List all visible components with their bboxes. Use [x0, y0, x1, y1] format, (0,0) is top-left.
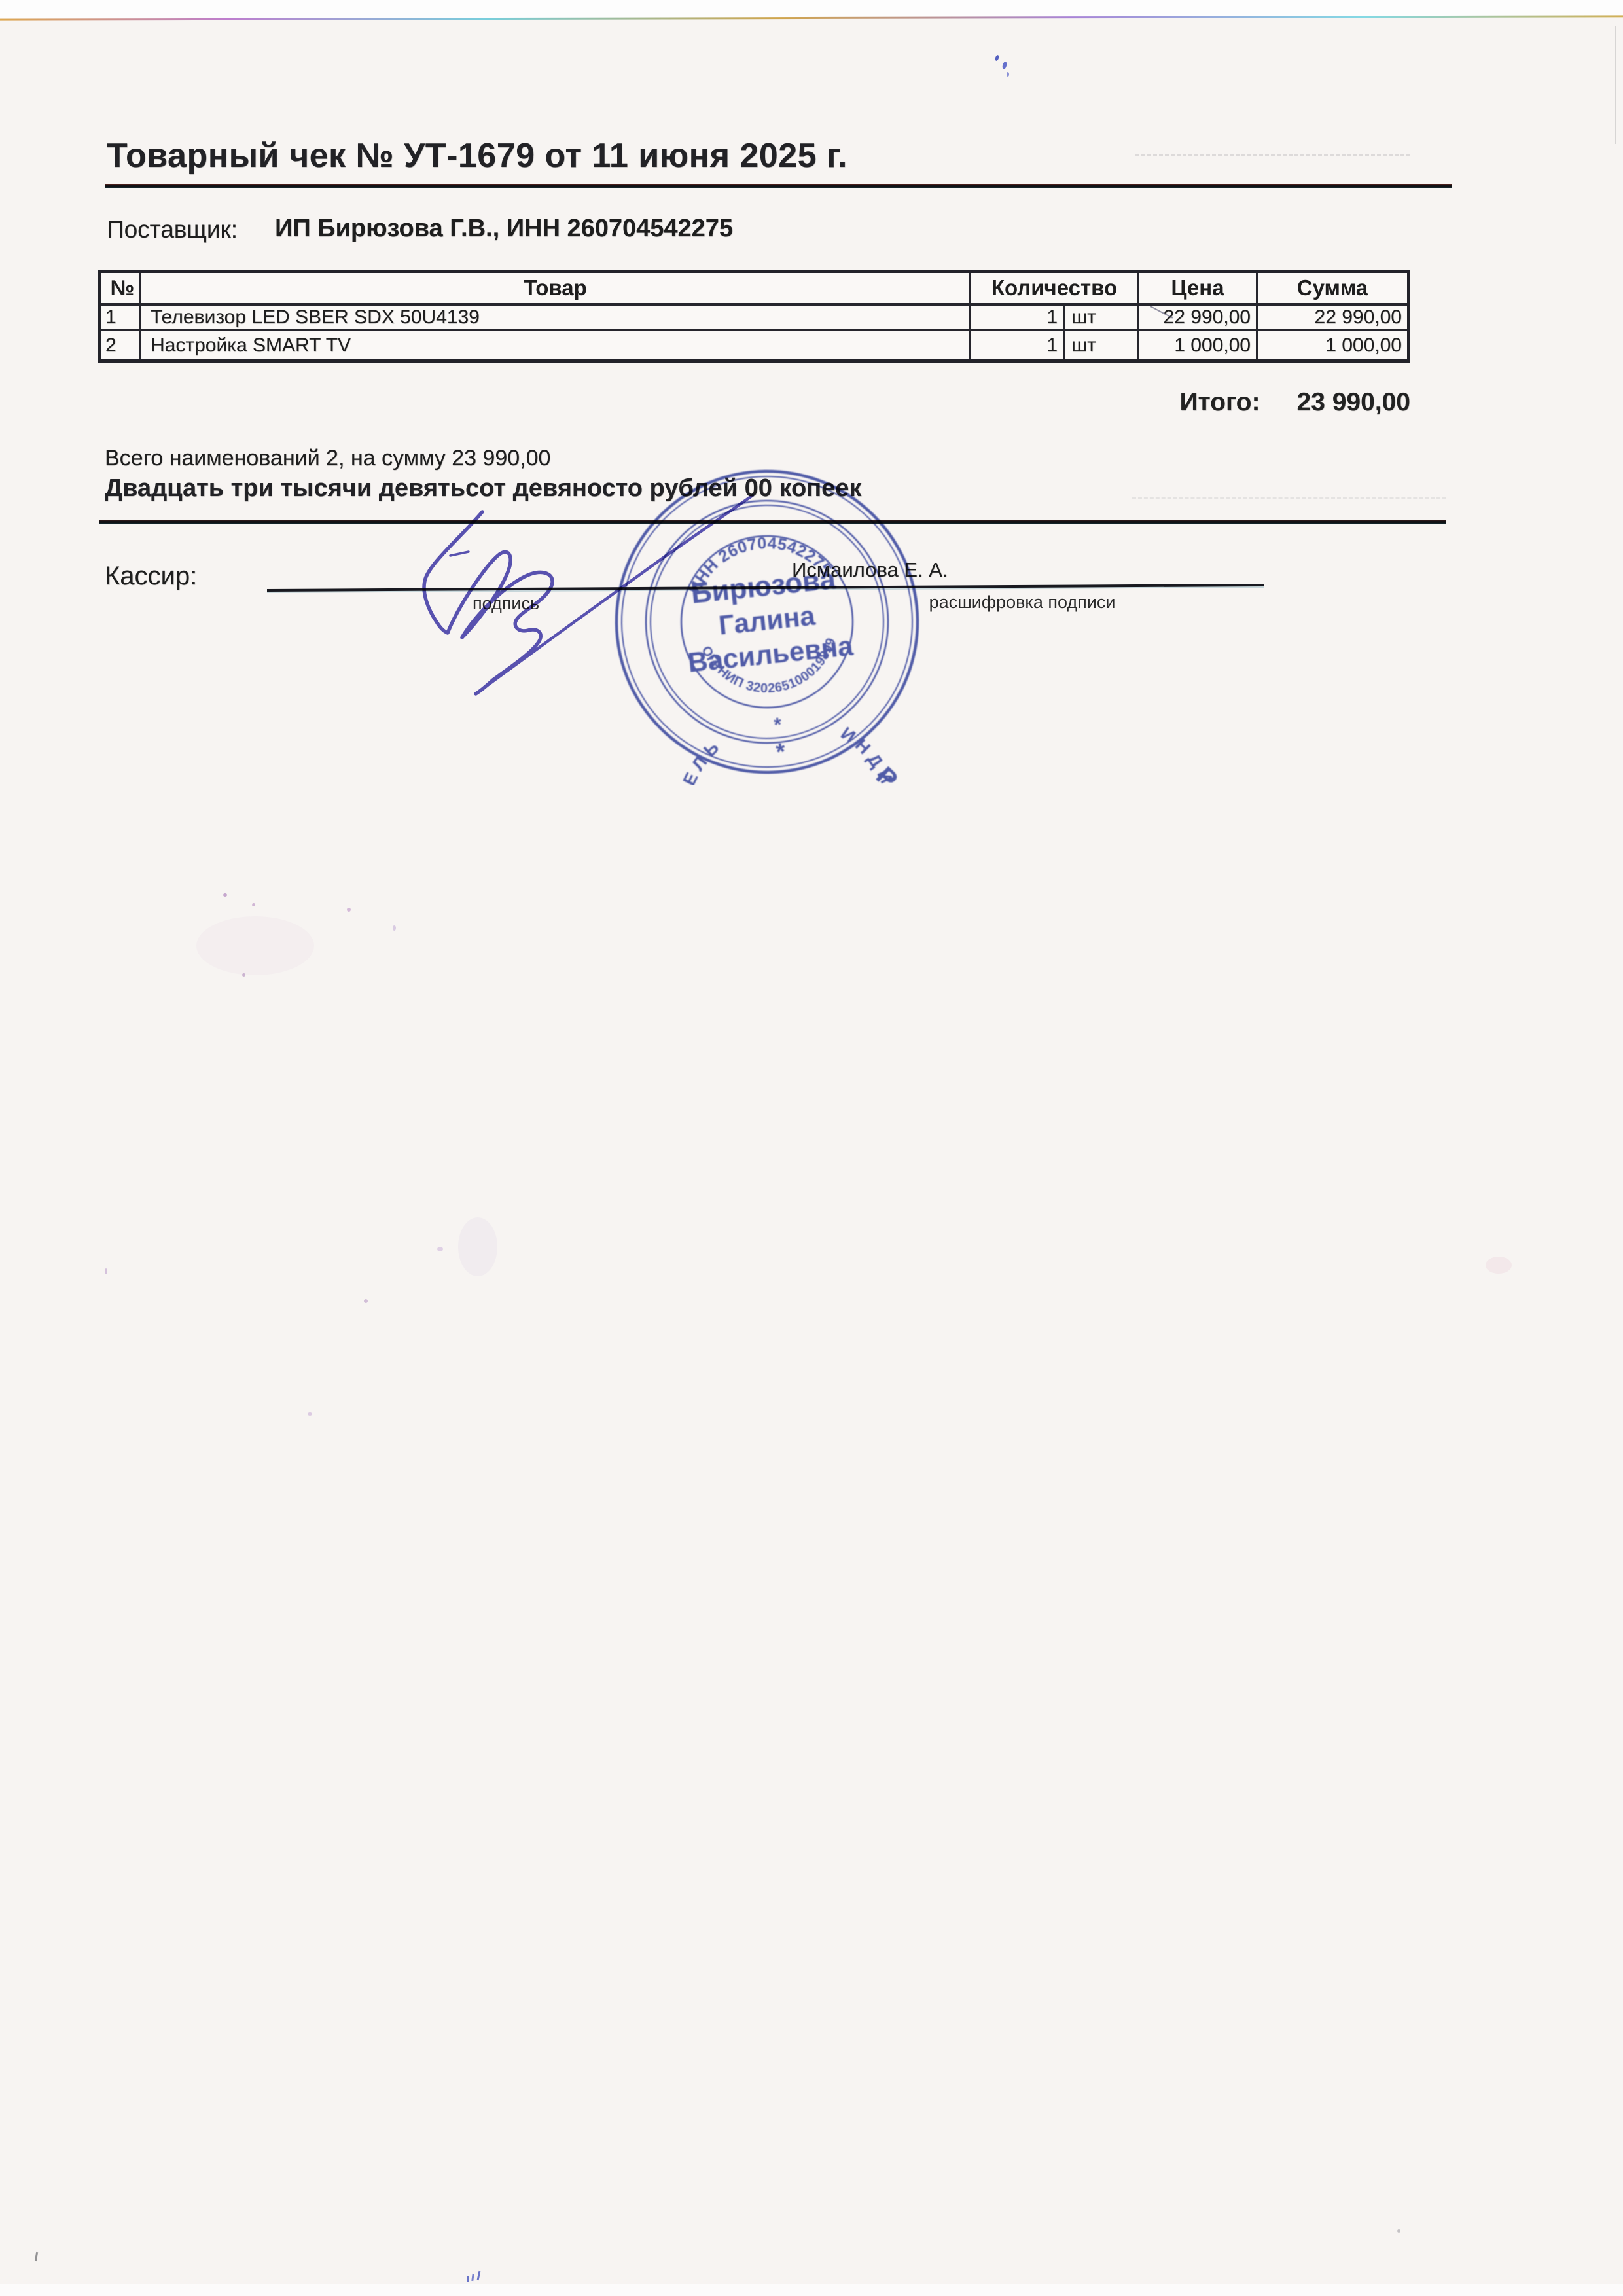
row2-qty: 1 [971, 331, 1065, 359]
row2-num: 2 [101, 331, 141, 359]
stamp-separator-inner: * [773, 714, 783, 736]
name-caption: расшифровка подписи [929, 592, 1116, 613]
scan-speck [223, 893, 227, 897]
scan-speck [364, 1299, 368, 1303]
scan-bottom-margin [0, 2284, 1623, 2296]
row1-num: 1 [101, 306, 141, 331]
supplier-label: Поставщик: [107, 216, 238, 243]
cashier-label: Кассир: [105, 562, 197, 591]
scan-edge-line [1615, 26, 1616, 144]
row2-unit: шт [1065, 331, 1139, 359]
total-row: Итого: 23 990,00 [982, 388, 1410, 417]
scan-speck [35, 2252, 38, 2261]
scan-speck [105, 1268, 107, 1274]
row1-unit: шт [1065, 306, 1139, 331]
row1-product: Телевизор LED SBER SDX 50U4139 [141, 306, 971, 331]
scan-streak [1135, 154, 1410, 156]
handwritten-signature [236, 478, 785, 713]
row1-qty: 1 [971, 306, 1065, 331]
scan-speck [347, 908, 351, 912]
row1-sum: 22 990,00 [1258, 306, 1407, 331]
supplier-value: ИП Бирюзова Г.В., ИНН 260704542275 [275, 215, 733, 243]
scan-smudge [196, 916, 314, 975]
scan-speck [1007, 72, 1009, 77]
scan-speck [308, 1412, 312, 1416]
items-summary: Всего наименований 2, на сумму 23 990,00 [105, 446, 550, 471]
scan-speck [477, 2271, 481, 2280]
items-table: № Товар Количество Цена Сумма 1 Телевизо… [98, 270, 1410, 363]
scan-streak [1132, 497, 1446, 499]
scan-smudge [1486, 1257, 1512, 1274]
header-num: № [101, 273, 141, 306]
scan-speck [393, 925, 396, 931]
receipt-title: Товарный чек № УТ-1679 от 11 июня 2025 г… [107, 136, 847, 175]
header-product: Товар [141, 273, 971, 306]
scan-smudge [458, 1217, 497, 1276]
scanned-receipt-page: Товарный чек № УТ-1679 от 11 июня 2025 г… [0, 0, 1623, 2296]
header-sum: Сумма [1258, 273, 1407, 306]
scan-speck [467, 2276, 469, 2282]
scan-speck [1002, 61, 1008, 69]
total-value: 23 990,00 [1296, 388, 1410, 417]
scan-speck [437, 1247, 443, 1251]
scan-speck [471, 2274, 474, 2281]
row2-sum: 1 000,00 [1258, 331, 1407, 359]
scan-speck [1397, 2229, 1400, 2233]
scan-top-margin [0, 0, 1623, 18]
row2-product: Настройка SMART TV [141, 331, 971, 359]
title-underline [105, 184, 1452, 188]
total-label: Итого: [1180, 388, 1260, 417]
row2-price: 1 000,00 [1139, 331, 1258, 359]
header-price: Цена [1139, 273, 1258, 306]
stamp-inner-ring-text: ИНДИВИДУАЛЬНЫЙ ПРЕДПРИНИМАТЕЛЬ [660, 715, 918, 785]
scan-speck [252, 903, 255, 906]
header-qty: Количество [971, 273, 1139, 306]
scan-speck [995, 54, 1000, 61]
